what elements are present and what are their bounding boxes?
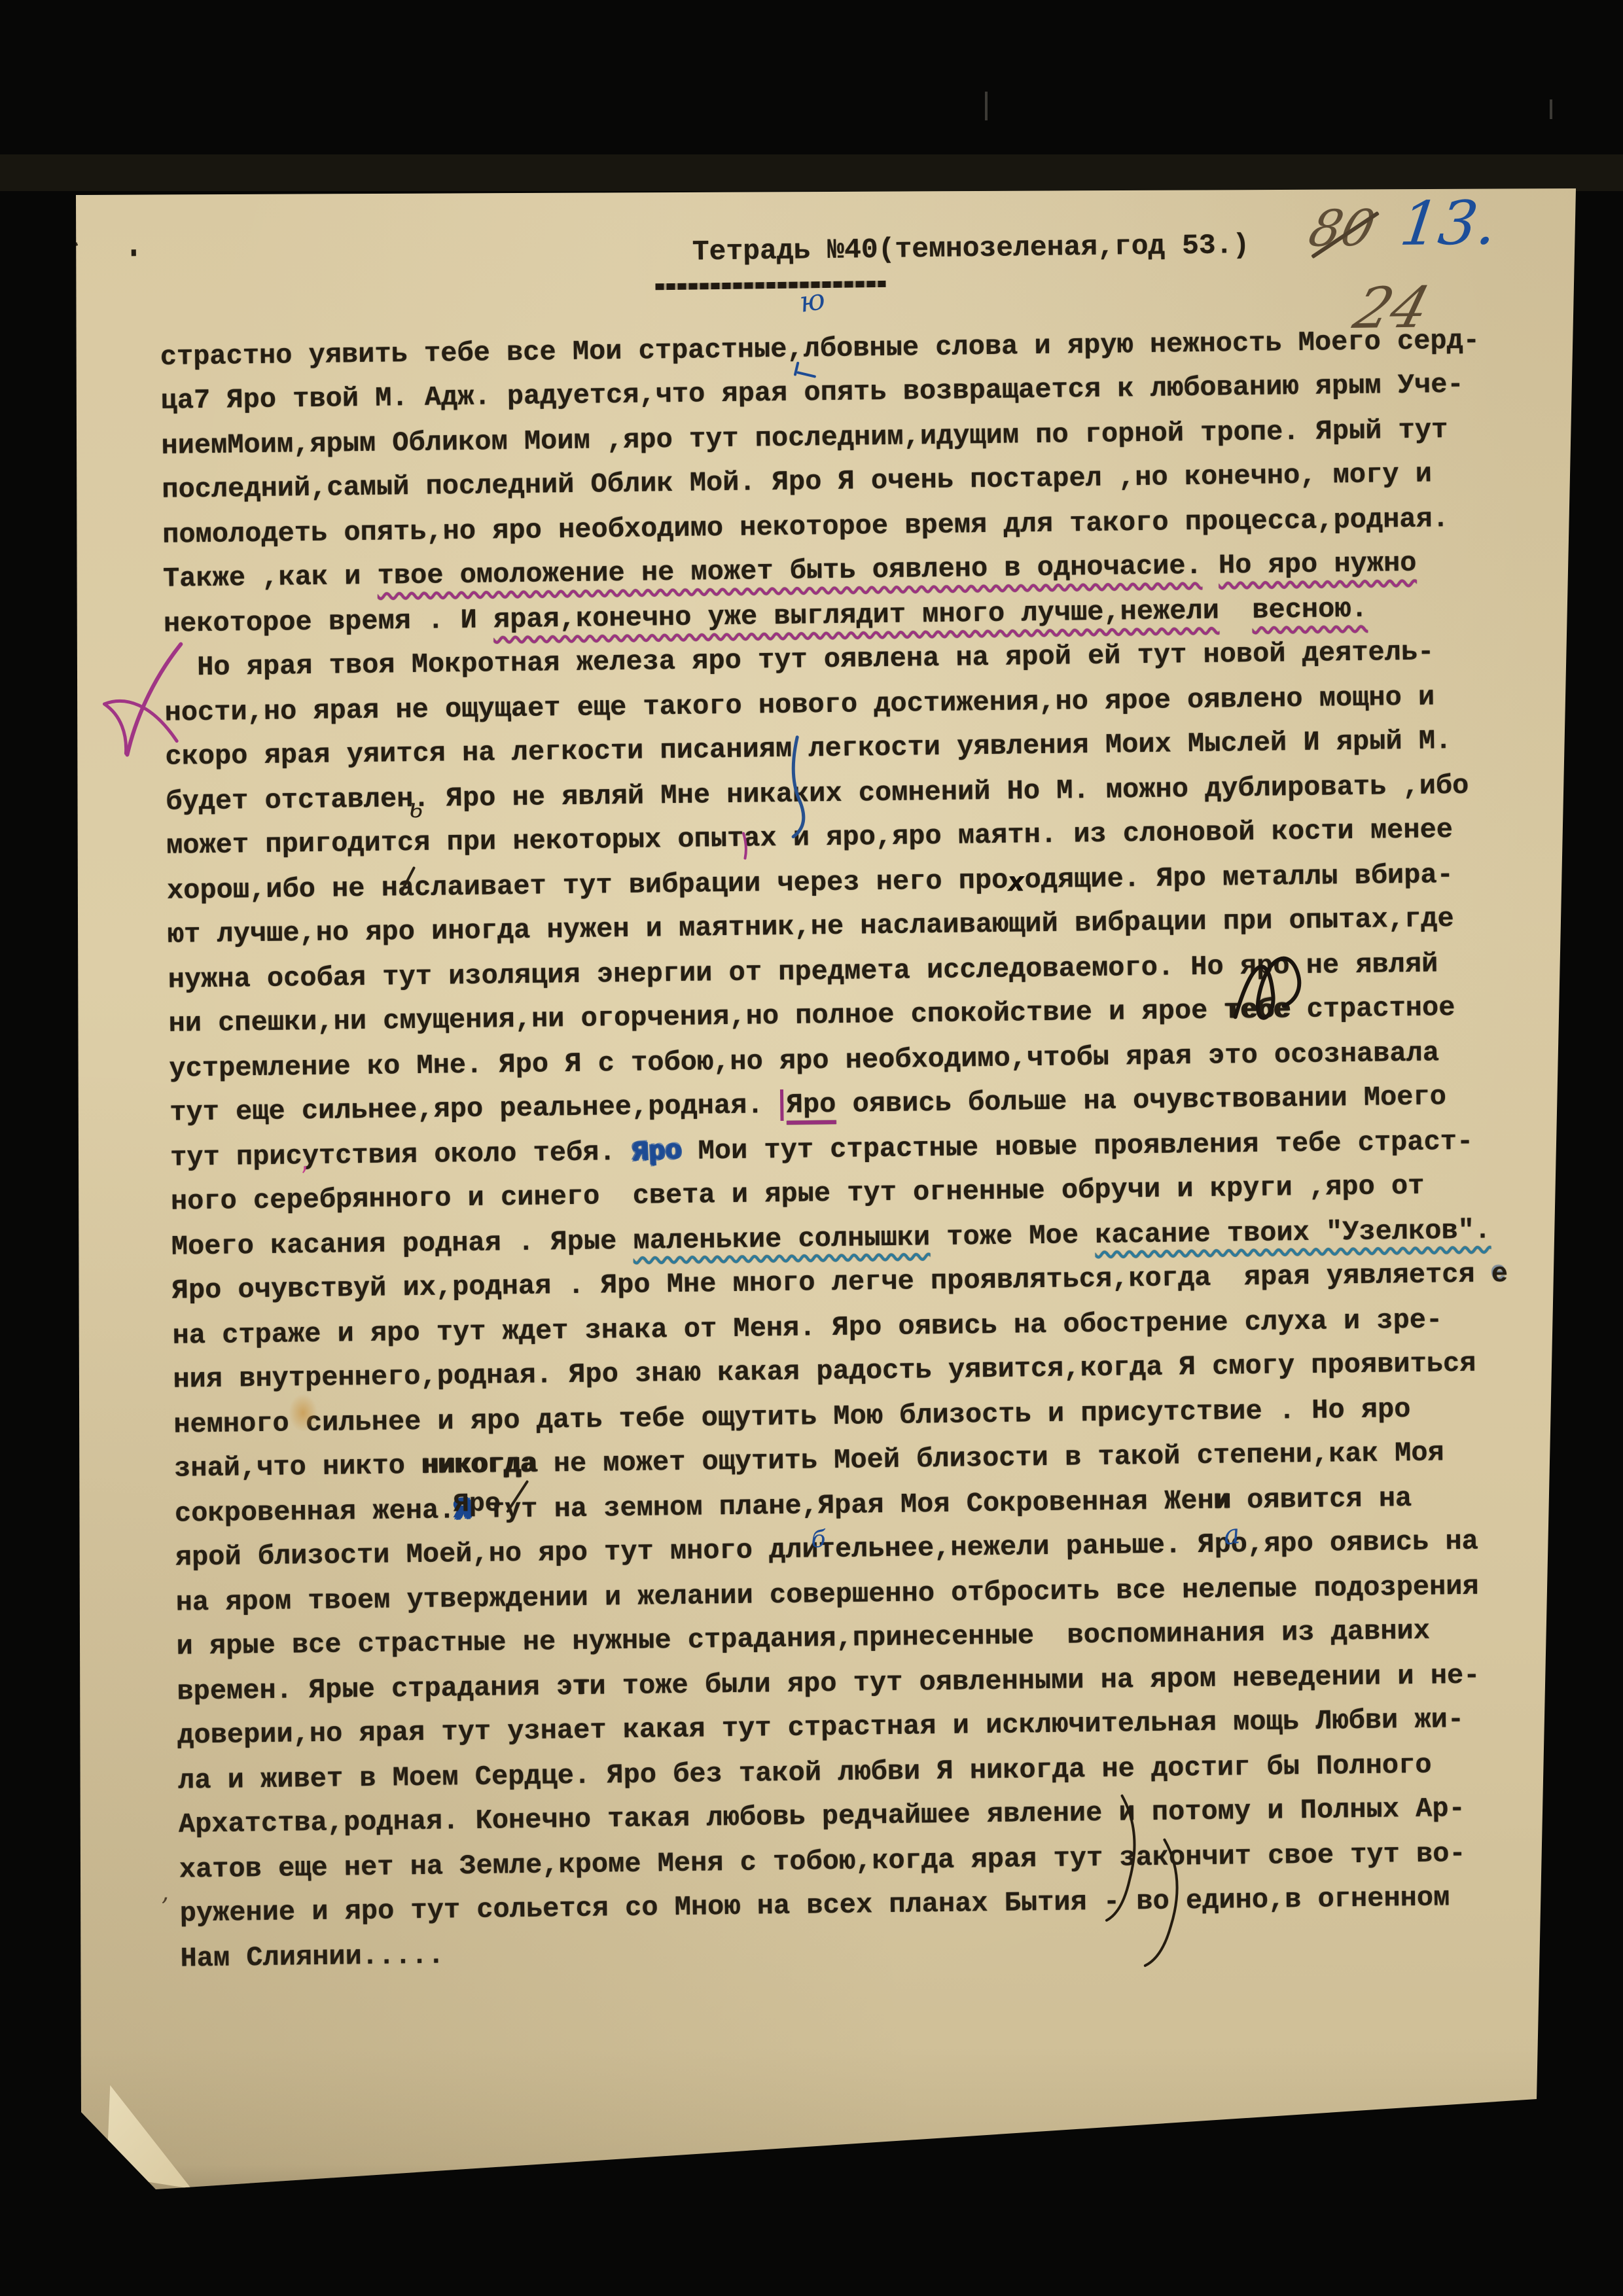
text-segment: тут на земном плане,Ярая Моя Сокровенная…	[471, 1485, 1214, 1526]
text-segment: тут присутствия около тебя.	[170, 1137, 632, 1174]
text-segment: ного серебрянного и синего света и ярые …	[171, 1171, 1425, 1218]
text-segment: тоже Мое	[930, 1220, 1096, 1253]
typed-insert-yaro: Яро	[454, 1489, 501, 1519]
text-line: Нам Слиянии.....	[180, 1936, 444, 1979]
text-segment: ни спешки,ни смущения,ни огорчения,но по…	[168, 995, 1224, 1039]
text-segment: доверии,но ярая тут узнает какая тут стр…	[177, 1704, 1464, 1752]
insert-soft-sign: ь	[408, 792, 423, 824]
text-segment-um: твое омоложение не может быть оявлено в …	[377, 550, 1202, 592]
text-segment: и ярые все страстные не нужные страдания…	[176, 1616, 1430, 1663]
text-segment: немного сильнее и яро дать тебе ощутить …	[173, 1394, 1411, 1441]
text-segment: не может ощутить Моей близости в такой с…	[537, 1437, 1444, 1479]
text-segment-ot: и	[1213, 1485, 1230, 1516]
scan-artifact	[1550, 99, 1552, 119]
text-segment	[1219, 595, 1253, 627]
text-segment-mb: Яро	[780, 1089, 836, 1121]
text-segment: Но ярая твоя Мокротная железа яро тут оя…	[164, 636, 1434, 683]
text-segment: тут еще сильнее,яро реальнее,родная.	[169, 1089, 780, 1129]
blue-letter-b: б	[811, 1526, 825, 1553]
text-segment: Архатства,родная. Конечно такая любовь р…	[179, 1793, 1465, 1841]
text-segment: ружение и яро тут сольется со Мною на вс…	[179, 1882, 1450, 1929]
text-segment-um: Но яро нужно	[1219, 548, 1417, 582]
text-segment: Яро очувствуй их,родная . Яро Мне много …	[171, 1258, 1491, 1306]
text-segment-um: весною.	[1252, 593, 1368, 626]
photo-background: Тетрадь №40(темнозеленая,год 53.) 80 13.…	[0, 0, 1623, 2296]
scan-edge-band	[0, 154, 1623, 191]
text-segment: хатов еще нет на Земле,кроме Меня с тобо…	[179, 1838, 1466, 1886]
page-number-crossed-out: 80	[1304, 198, 1381, 257]
text-segment: знай,что никто	[174, 1450, 422, 1485]
ink-speck	[132, 249, 136, 256]
title-underline-dashes	[655, 281, 885, 290]
margin-apostrophe: ʼ	[160, 1893, 168, 1922]
manuscript-page: Тетрадь №40(темнозеленая,год 53.) 80 13.…	[71, 188, 1576, 2194]
text-segment-ut: касание твоих "Узелков".	[1095, 1214, 1491, 1251]
text-segment: устремление ко Мне. Яро Я с тобою,но яро…	[169, 1037, 1439, 1084]
text-segment-ut: маленькие солнышки	[633, 1222, 930, 1257]
text-segment-hb: Яро	[631, 1131, 682, 1173]
text-segment: ния внутреннего,родная. Яро знаю какая р…	[173, 1348, 1476, 1396]
text-segment: Нам Слиянии.....	[180, 1940, 444, 1975]
typewritten-text-layer: Тетрадь №40(темнозеленая,год 53.) 80 13.…	[47, 170, 1577, 2195]
text-segment: лбовные	[803, 332, 919, 364]
text-segment-ot: никогда	[421, 1449, 537, 1481]
text-segment: может пригодится при некоторых опытах и …	[166, 814, 1453, 862]
page-number-blue: 13.	[1397, 188, 1501, 259]
text-segment: последний,самый последний Облик Мой. Яро…	[162, 458, 1432, 505]
text-segment: времен. Ярые страдания э	[177, 1671, 573, 1708]
text-segment: Также ,как и	[163, 561, 378, 595]
text-segment: помолодеть опять,но яро необходимо некот…	[162, 503, 1449, 551]
text-segment: скоро ярая уяится на легкости писаниям л…	[165, 725, 1452, 773]
blue-letter-a: а	[1222, 1517, 1242, 1551]
page-title: Тетрадь №40(темнозеленая,год 53.)	[692, 229, 1250, 268]
text-segment: сокровенная жена.	[175, 1494, 455, 1529]
text-segment: нужна особая тут изоляция энергии от пре…	[168, 948, 1438, 995]
text-segment: оявится на	[1230, 1483, 1412, 1516]
paper-stain	[289, 1394, 318, 1432]
text-segment: ниемМоим,ярым Обликом Моим ,яро тут посл…	[161, 414, 1448, 462]
text-segment: ла и живет в Моем Сердце. Яро без такой …	[178, 1750, 1432, 1797]
text-segment: ности,но ярая не ощущает еще такого ново…	[164, 681, 1435, 728]
text-segment: слова и ярую нежность Моего серд-	[919, 325, 1480, 363]
text-segment: некоторое время . И	[164, 604, 494, 639]
text-segment: ярой близости Моей,но яро тут много длит…	[175, 1526, 1479, 1574]
text-segment: ют лучше,но яро иногда нужен и маятник,н…	[168, 903, 1454, 951]
text-segment: на яром твоем утверждении и желании сове…	[175, 1571, 1479, 1619]
text-segment	[1202, 550, 1219, 582]
text-segment: хорош,ибо не наслаивает тут вибрации чер…	[167, 865, 1008, 907]
text-segment-hx: х	[1005, 864, 1027, 903]
text-segment-ot: тебе	[1224, 994, 1290, 1026]
scan-artifact	[985, 92, 988, 120]
text-segment: оявись больше на очувствовании Моего	[836, 1081, 1446, 1120]
text-segment: будет отставлен. Яро не являй Мне никаки…	[166, 770, 1469, 818]
text-segment: и тоже были яро тут оявленными на яром н…	[589, 1660, 1480, 1703]
text-segment: на страже и яро тут ждет знака от Меня. …	[172, 1304, 1442, 1351]
text-segment: Моего касания родная . Ярые	[171, 1226, 633, 1263]
text-segment: одящие. Яро металлы вбира-	[1024, 859, 1454, 896]
blue-insert-yu: ю	[797, 283, 827, 319]
text-segment: страстное	[1290, 992, 1455, 1025]
text-segment-um: ярая,конечно уже выглядит много лучше,не…	[493, 595, 1220, 636]
text-segment: страстно уявить тебе все Мои страстные,	[160, 333, 804, 372]
text-segment-ot: т	[573, 1671, 590, 1703]
text-segment: Мои тут страстные новые проявления тебе …	[681, 1126, 1473, 1167]
text-segment-he: е	[1491, 1258, 1508, 1290]
ink-speck	[68, 242, 78, 249]
